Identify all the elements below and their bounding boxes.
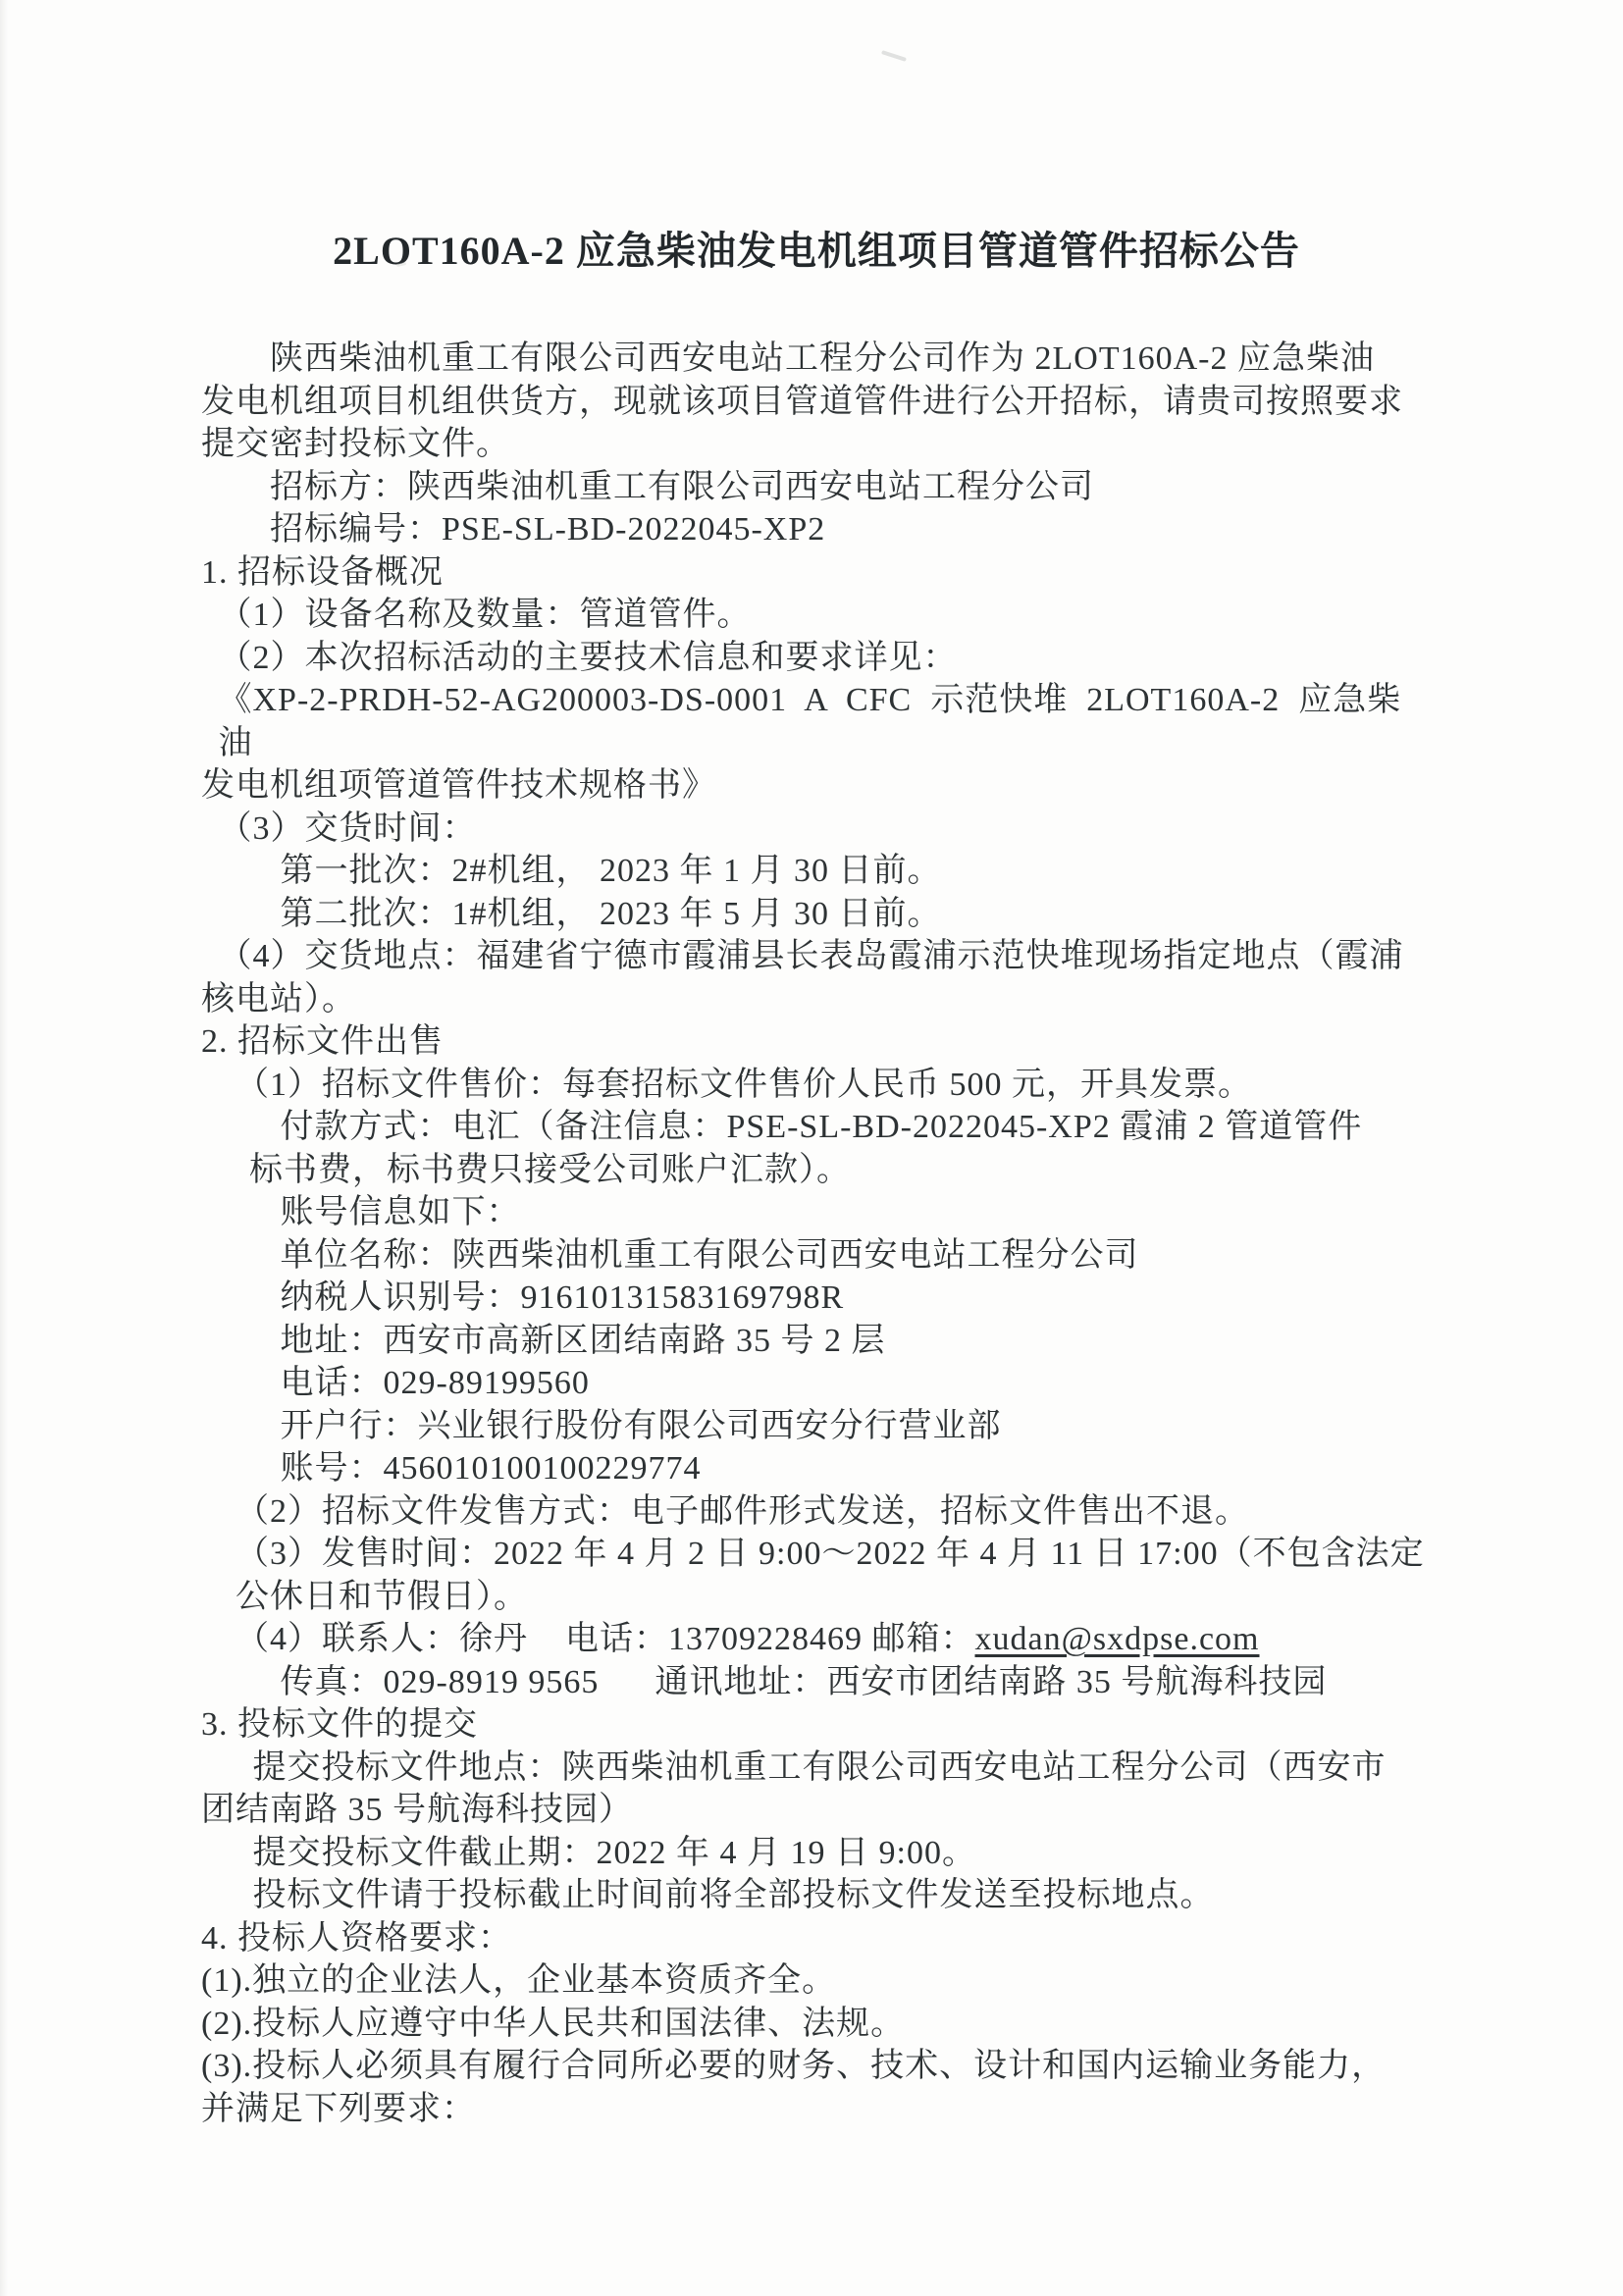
text-line: (1).独立的企业法人，企业基本资质齐全。 [201,1959,1432,2003]
text-segment: （2）本次招标活动的主要技术信息和要求详见： [219,640,958,676]
text-segment: 招标编号：PSE-SL-BD-2022045-XP2 [270,511,825,548]
text-line: 提交投标文件地点：陕西柴油机重工有限公司西安电站工程分公司（西安市 [201,1747,1432,1790]
text-segment: 招标方：陕西柴油机重工有限公司西安电站工程分公司 [270,469,1094,505]
text-segment: （1）设备名称及数量：管道管件。 [219,597,752,633]
text-segment: (2).投标人应遵守中华人民共和国法律、法规。 [201,2006,905,2042]
text-segment: （3）交货时间： [219,810,477,847]
text-segment: 陕西柴油机重工有限公司西安电站工程分公司作为 2LOT160A-2 应急柴油 [270,340,1375,377]
text-line: （4）联系人：徐丹 电话：13709228469 邮箱：xudan@sxdpse… [201,1618,1432,1661]
text-line: （2）招标文件发售方式：电子邮件形式发送，招标文件售出不退。 [201,1490,1432,1534]
text-line: 提交密封投标文件。 [201,423,1432,466]
text-line: 招标编号：PSE-SL-BD-2022045-XP2 [201,508,1432,551]
text-line: 陕西柴油机重工有限公司西安电站工程分公司作为 2LOT160A-2 应急柴油 [201,338,1432,381]
text-line: 发电机组项目机组供货方，现就该项目管道管件进行公开招标，请贵司按照要求 [201,381,1432,424]
text-line: 地址：西安市高新区团结南路 35 号 2 层 [201,1320,1432,1363]
page-title: 2LOT160A-2 应急柴油发电机组项目管道管件招标公告 [201,226,1432,277]
text-line: 4. 投标人资格要求： [201,1917,1432,1960]
text-line: 账号：456010100100229774 [201,1447,1432,1490]
text-line: （3）发售时间：2022 年 4 月 2 日 9:00～2022 年 4 月 1… [201,1533,1432,1576]
text-line: 电话：029-89199560 [201,1362,1432,1405]
text-line: 单位名称：陕西柴油机重工有限公司西安电站工程分公司 [201,1234,1432,1278]
text-line: 2. 招标文件出售 [201,1020,1432,1064]
text-line: 提交投标文件截止期：2022 年 4 月 19 日 9:00。 [201,1832,1432,1875]
email-link[interactable]: xudan@sxdpse.com [975,1621,1260,1657]
text-segment: （3）发售时间：2022 年 4 月 2 日 9:00～2022 年 4 月 1… [236,1536,1425,1572]
text-line: （4）交货地点：福建省宁德市霞浦县长表岛霞浦示范快堆现场指定地点（霞浦 [201,935,1432,978]
text-segment: （1）招标文件售价：每套招标文件售价人民币 500 元，开具发票。 [236,1067,1252,1103]
text-segment: 4. 投标人资格要求： [201,1920,512,1957]
text-segment: (1).独立的企业法人，企业基本资质齐全。 [201,1962,836,1999]
text-segment: （4）交货地点：福建省宁德市霞浦县长表岛霞浦示范快堆现场指定地点（霞浦 [219,938,1404,974]
text-segment: （2）招标文件发售方式：电子邮件形式发送，招标文件售出不退。 [236,1493,1249,1530]
text-segment: 2. 招标文件出售 [201,1023,444,1060]
text-segment: 账号信息如下： [281,1194,521,1230]
document-body: 陕西柴油机重工有限公司西安电站工程分公司作为 2LOT160A-2 应急柴油发电… [201,338,1432,2130]
text-line: 第二批次：1#机组， 2023 年 5 月 30 日前。 [201,893,1432,936]
text-line: 3. 投标文件的提交 [201,1703,1432,1747]
text-segment: 《XP-2-PRDH-52-AG200003-DS-0001 A CFC 示范快… [219,682,1402,761]
text-line: 传真：029-8919 9565 通讯地址：西安市团结南路 35 号航海科技园 [201,1661,1432,1704]
text-segment: 提交密封投标文件。 [201,426,510,462]
text-segment: 投标文件请于投标截止时间前将全部投标文件发送至投标地点。 [253,1877,1215,1913]
text-line: （1）设备名称及数量：管道管件。 [201,594,1432,637]
text-line: （2）本次招标活动的主要技术信息和要求详见： [201,637,1432,680]
scan-artifact [881,50,907,62]
text-segment: 地址：西安市高新区团结南路 35 号 2 层 [281,1323,886,1359]
text-segment: 开户行：兴业银行股份有限公司西安分行营业部 [281,1408,1002,1444]
text-segment: 传真：029-8919 9565 通讯地址：西安市团结南路 35 号航海科技园 [281,1664,1328,1700]
text-line: 纳税人识别号：91610131583169798R [201,1277,1432,1320]
text-line: 并满足下列要求： [201,2088,1432,2131]
scan-edge-shadow [0,0,8,2296]
text-segment: 发电机组项目机组供货方，现就该项目管道管件进行公开招标，请贵司按照要求 [201,384,1403,420]
text-line: 公休日和节假日）。 [201,1576,1432,1619]
text-segment: 付款方式：电汇（备注信息：PSE-SL-BD-2022045-XP2 霞浦 2 … [281,1109,1363,1145]
text-line: 团结南路 35 号航海科技园） [201,1789,1432,1832]
text-line: 第一批次：2#机组， 2023 年 1 月 30 日前。 [201,850,1432,893]
text-line: 核电站）。 [201,978,1432,1021]
text-segment: 公休日和节假日）。 [236,1579,528,1615]
text-segment: 标书费，标书费只接受公司账户汇款）。 [249,1152,851,1188]
text-line: (3).投标人必须具有履行合同所必要的财务、技术、设计和国内运输业务能力， [201,2045,1432,2088]
text-line: 《XP-2-PRDH-52-AG200003-DS-0001 A CFC 示范快… [201,679,1432,764]
text-segment: 团结南路 35 号航海科技园） [201,1792,633,1828]
text-line: 1. 招标设备概况 [201,551,1432,595]
text-line: 招标方：陕西柴油机重工有限公司西安电站工程分公司 [201,466,1432,509]
text-segment: 第一批次：2#机组， 2023 年 1 月 30 日前。 [281,853,942,889]
text-segment: 并满足下列要求： [201,2091,476,2127]
text-segment: 提交投标文件地点：陕西柴油机重工有限公司西安电站工程分公司（西安市 [253,1749,1387,1786]
text-segment: 第二批次：1#机组， 2023 年 5 月 30 日前。 [281,896,942,932]
text-line: (2).投标人应遵守中华人民共和国法律、法规。 [201,2003,1432,2046]
text-segment: 1. 招标设备概况 [201,554,444,591]
text-segment: 电话：029-89199560 [281,1365,590,1401]
text-line: 开户行：兴业银行股份有限公司西安分行营业部 [201,1405,1432,1448]
text-segment: (3).投标人必须具有履行合同所必要的财务、技术、设计和国内运输业务能力， [201,2048,1386,2084]
text-line: 账号信息如下： [201,1191,1432,1234]
text-segment: 发电机组项管道管件技术规格书》 [201,767,716,804]
text-segment: 3. 投标文件的提交 [201,1706,478,1743]
text-segment: 单位名称：陕西柴油机重工有限公司西安电站工程分公司 [281,1237,1139,1274]
text-segment: （4）联系人：徐丹 电话：13709228469 邮箱： [236,1621,975,1657]
text-line: 发电机组项管道管件技术规格书》 [201,764,1432,808]
text-line: （1）招标文件售价：每套招标文件售价人民币 500 元，开具发票。 [201,1064,1432,1107]
text-line: 付款方式：电汇（备注信息：PSE-SL-BD-2022045-XP2 霞浦 2 … [201,1106,1432,1149]
text-line: （3）交货时间： [201,808,1432,851]
text-segment: 核电站）。 [201,981,356,1018]
text-segment: 纳税人识别号：91610131583169798R [281,1279,845,1316]
text-segment: 提交投标文件截止期：2022 年 4 月 19 日 9:00。 [253,1835,976,1871]
text-segment: 账号：456010100100229774 [281,1450,702,1487]
text-line: 投标文件请于投标截止时间前将全部投标文件发送至投标地点。 [201,1874,1432,1917]
document-page: 2LOT160A-2 应急柴油发电机组项目管道管件招标公告 陕西柴油机重工有限公… [0,0,1623,2296]
text-line: 标书费，标书费只接受公司账户汇款）。 [201,1149,1432,1192]
